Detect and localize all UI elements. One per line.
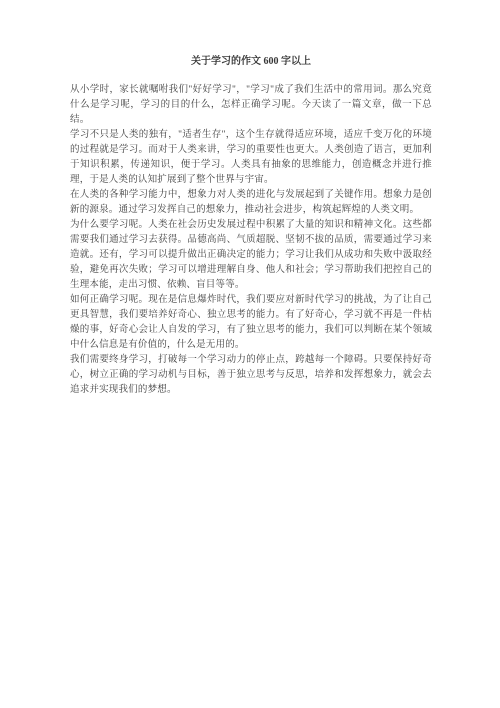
- essay-paragraph: 学习不只是人类的独有，"适者生存"，这个生存就得适应环境，适应千变万化的环境的过…: [70, 128, 432, 188]
- essay-title: 关于学习的作文 600 字以上: [70, 54, 432, 69]
- essay-paragraph: 在人类的各种学习能力中，想象力对人类的进化与发展起到了关键作用。想象力是创新的源…: [70, 188, 432, 218]
- essay-paragraph: 为什么要学习呢。人类在社会历史发展过程中积累了大量的知识和精神文化。这些都需要我…: [70, 218, 432, 293]
- essay-paragraph: 我们需要终身学习，打破每一个学习动力的停止点，跨越每一个障碍。只要保持好奇心，树…: [70, 353, 432, 398]
- essay-paragraph: 如何正确学习呢。现在是信息爆炸时代，我们要应对新时代学习的挑战，为了让自己更具智…: [70, 293, 432, 353]
- essay-body: 从小学时，家长就嘱咐我们"好好学习"，"学习"成了我们生活中的常用词。那么究竟什…: [70, 83, 432, 398]
- essay-paragraph: 从小学时，家长就嘱咐我们"好好学习"，"学习"成了我们生活中的常用词。那么究竟什…: [70, 83, 432, 128]
- essay-content: 关于学习的作文 600 字以上 从小学时，家长就嘱咐我们"好好学习"，"学习"成…: [70, 0, 432, 398]
- document-page: 关于学习的作文 600 字以上 从小学时，家长就嘱咐我们"好好学习"，"学习"成…: [0, 0, 500, 708]
